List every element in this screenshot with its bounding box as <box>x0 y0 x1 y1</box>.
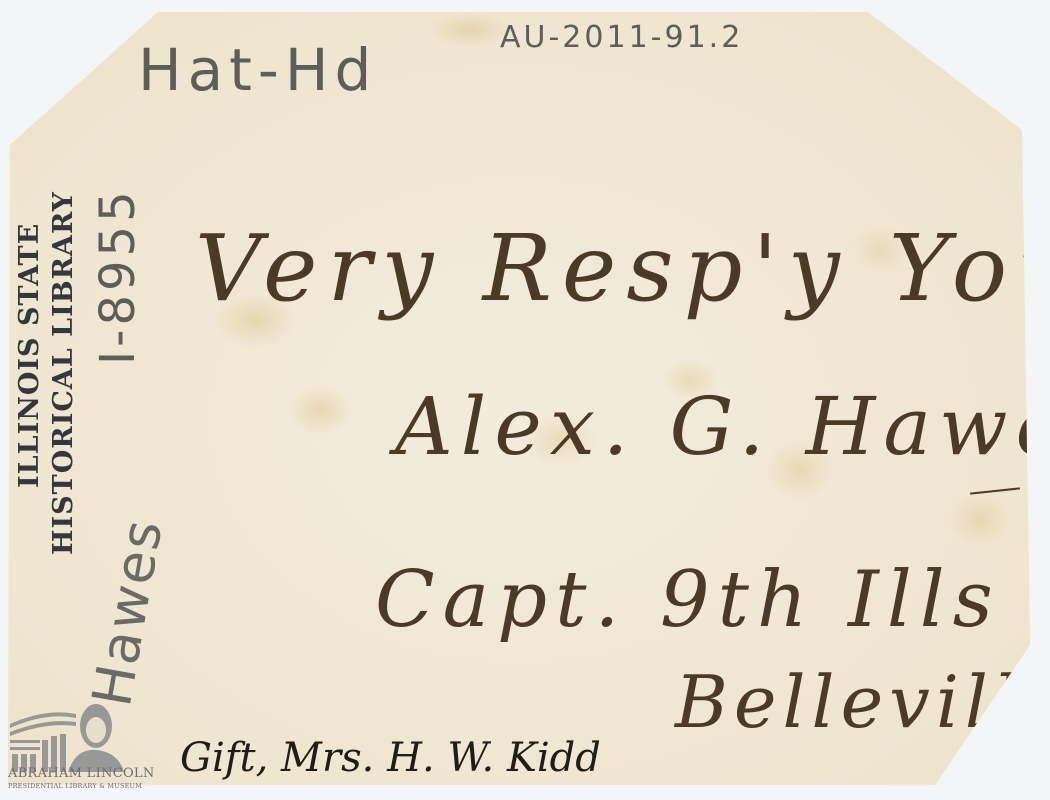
pencil-note-top: Hat-Hd <box>138 36 377 104</box>
stamp-line-2: HISTORICAL LIBRARY <box>48 191 79 555</box>
location: Belleville <box>675 660 1050 744</box>
closing-line: Very Resp'y Yours <box>195 215 1050 322</box>
stamp-line-1: ILLINOIS STATE <box>14 223 45 488</box>
catalog-number: I-8955 <box>90 187 146 365</box>
logo-subtitle: PRESIDENTIAL LIBRARY & MUSEUM <box>8 782 142 790</box>
autograph-card: AU-2011-91.2 Hat-Hd ILLINOIS STATE HISTO… <box>0 0 1050 800</box>
logo-name: ABRAHAM LINCOLN <box>8 766 155 781</box>
rank-unit: Capt. 9th Ills <box>375 555 1001 645</box>
signature-name: Alex. G. Hawes <box>395 380 1050 473</box>
provenance-note: Gift, Mrs. H. W. Kidd <box>180 735 601 781</box>
accession-number: AU-2011-91.2 <box>500 20 743 55</box>
